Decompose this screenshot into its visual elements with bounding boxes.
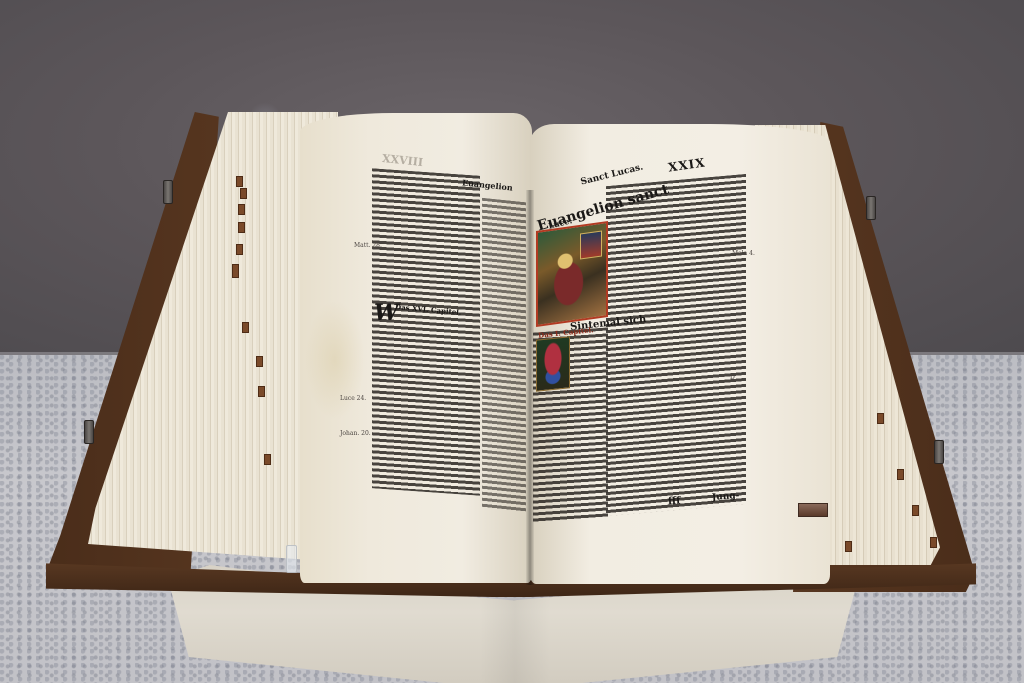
index-tab (897, 469, 904, 480)
acrylic-page-clip (286, 545, 297, 573)
index-tab (258, 386, 265, 397)
left-margin-note: Johan. 20. (340, 430, 371, 437)
index-tab (912, 505, 919, 516)
woodcut-window-detail (580, 230, 602, 259)
index-tab (264, 454, 271, 465)
index-tab (877, 413, 884, 424)
index-tab (236, 244, 243, 255)
right-margin-note: D (730, 374, 735, 381)
index-tab (236, 176, 243, 187)
left-text-column-2 (482, 198, 526, 513)
metal-clasp-icon (866, 196, 876, 220)
right-margin-note: Mala 4. (732, 250, 755, 257)
cushion-fold (480, 590, 550, 683)
right-text-column (606, 174, 746, 516)
metal-clasp-icon (934, 440, 944, 464)
index-tab (845, 541, 852, 552)
page-holder-clip (798, 503, 828, 517)
index-tab (238, 204, 245, 215)
metal-clasp-icon (163, 180, 173, 204)
left-margin-note: Matt. 28. (354, 242, 382, 249)
index-tab (232, 264, 239, 278)
signature-mark: fff (668, 496, 681, 508)
index-tab (238, 222, 245, 233)
left-margin-note: Luce 24. (340, 395, 366, 402)
index-tab (240, 188, 247, 199)
metal-clasp-icon (84, 420, 94, 444)
illuminated-initial (536, 336, 570, 392)
left-initial-letter: W (374, 303, 396, 323)
water-stain (305, 300, 365, 420)
left-text-column (372, 168, 480, 496)
index-tab (256, 356, 263, 367)
index-tab (930, 537, 937, 548)
catchword: Jung- (712, 491, 740, 503)
index-tab (242, 322, 249, 333)
